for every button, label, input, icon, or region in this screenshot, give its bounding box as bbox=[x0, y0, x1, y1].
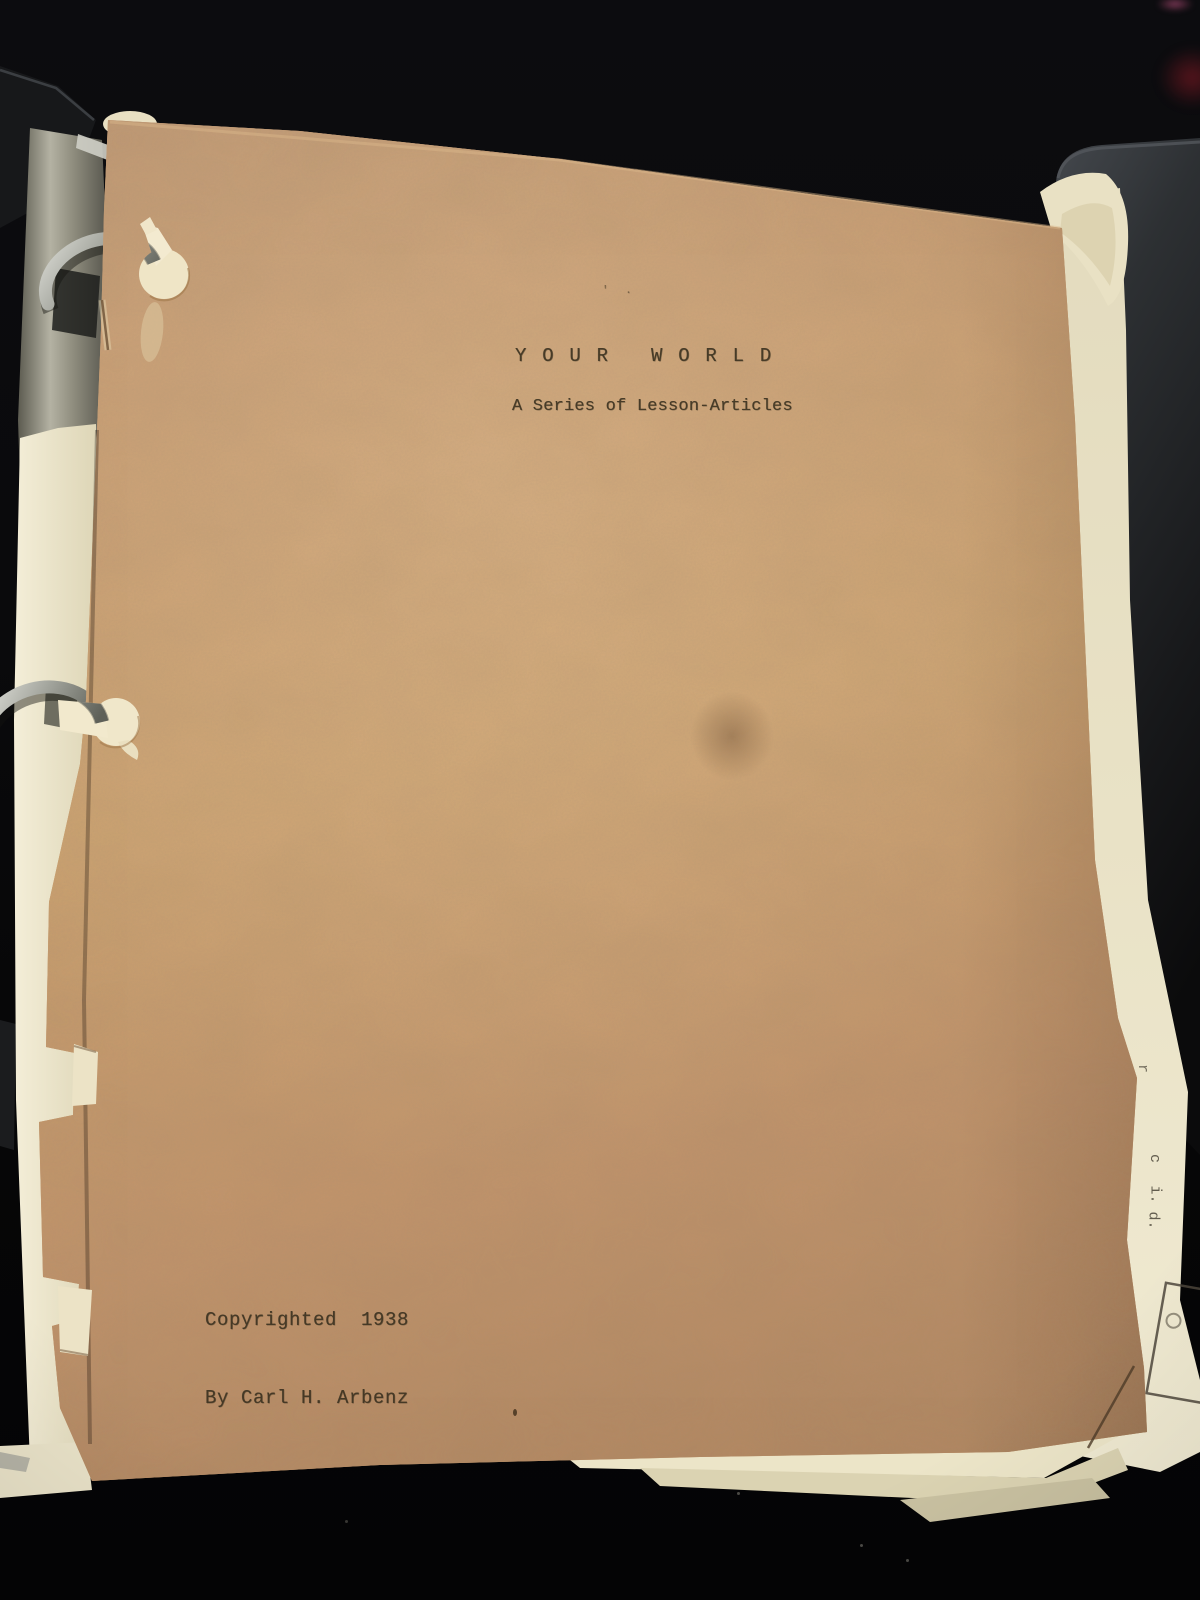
pink-smudge bbox=[1150, 0, 1200, 14]
stray-typed-mark: ' . bbox=[602, 284, 637, 299]
page-title: Y O U R W O R L D bbox=[515, 344, 773, 370]
page-edge-fragment: r bbox=[1134, 1064, 1151, 1073]
page-subtitle: A Series of Lesson-Articles bbox=[512, 396, 793, 419]
ink-speck bbox=[513, 1409, 517, 1416]
red-light-glare bbox=[1145, 35, 1200, 120]
page-edge-fragment: d. bbox=[1145, 1211, 1162, 1229]
dust-speck bbox=[906, 1559, 909, 1562]
typed-text-layer: ' . Y O U R W O R L D A Series of Lesson… bbox=[0, 0, 1200, 1600]
copyright-line-2: By Carl H. Arbenz bbox=[205, 1385, 409, 1411]
photo-of-manuscript-cover-in-binder: ' . Y O U R W O R L D A Series of Lesson… bbox=[0, 0, 1200, 1600]
copyright-line-1: Copyrighted 1938 bbox=[205, 1307, 409, 1333]
page-edge-fragment: c bbox=[1146, 1154, 1163, 1163]
dust-speck bbox=[345, 1520, 348, 1523]
page-edge-fragment: i. bbox=[1147, 1185, 1164, 1203]
dust-speck bbox=[737, 1492, 740, 1495]
dust-speck bbox=[860, 1544, 863, 1547]
copyright-block: Copyrighted 1938 By Carl H. Arbenz bbox=[205, 1255, 409, 1463]
